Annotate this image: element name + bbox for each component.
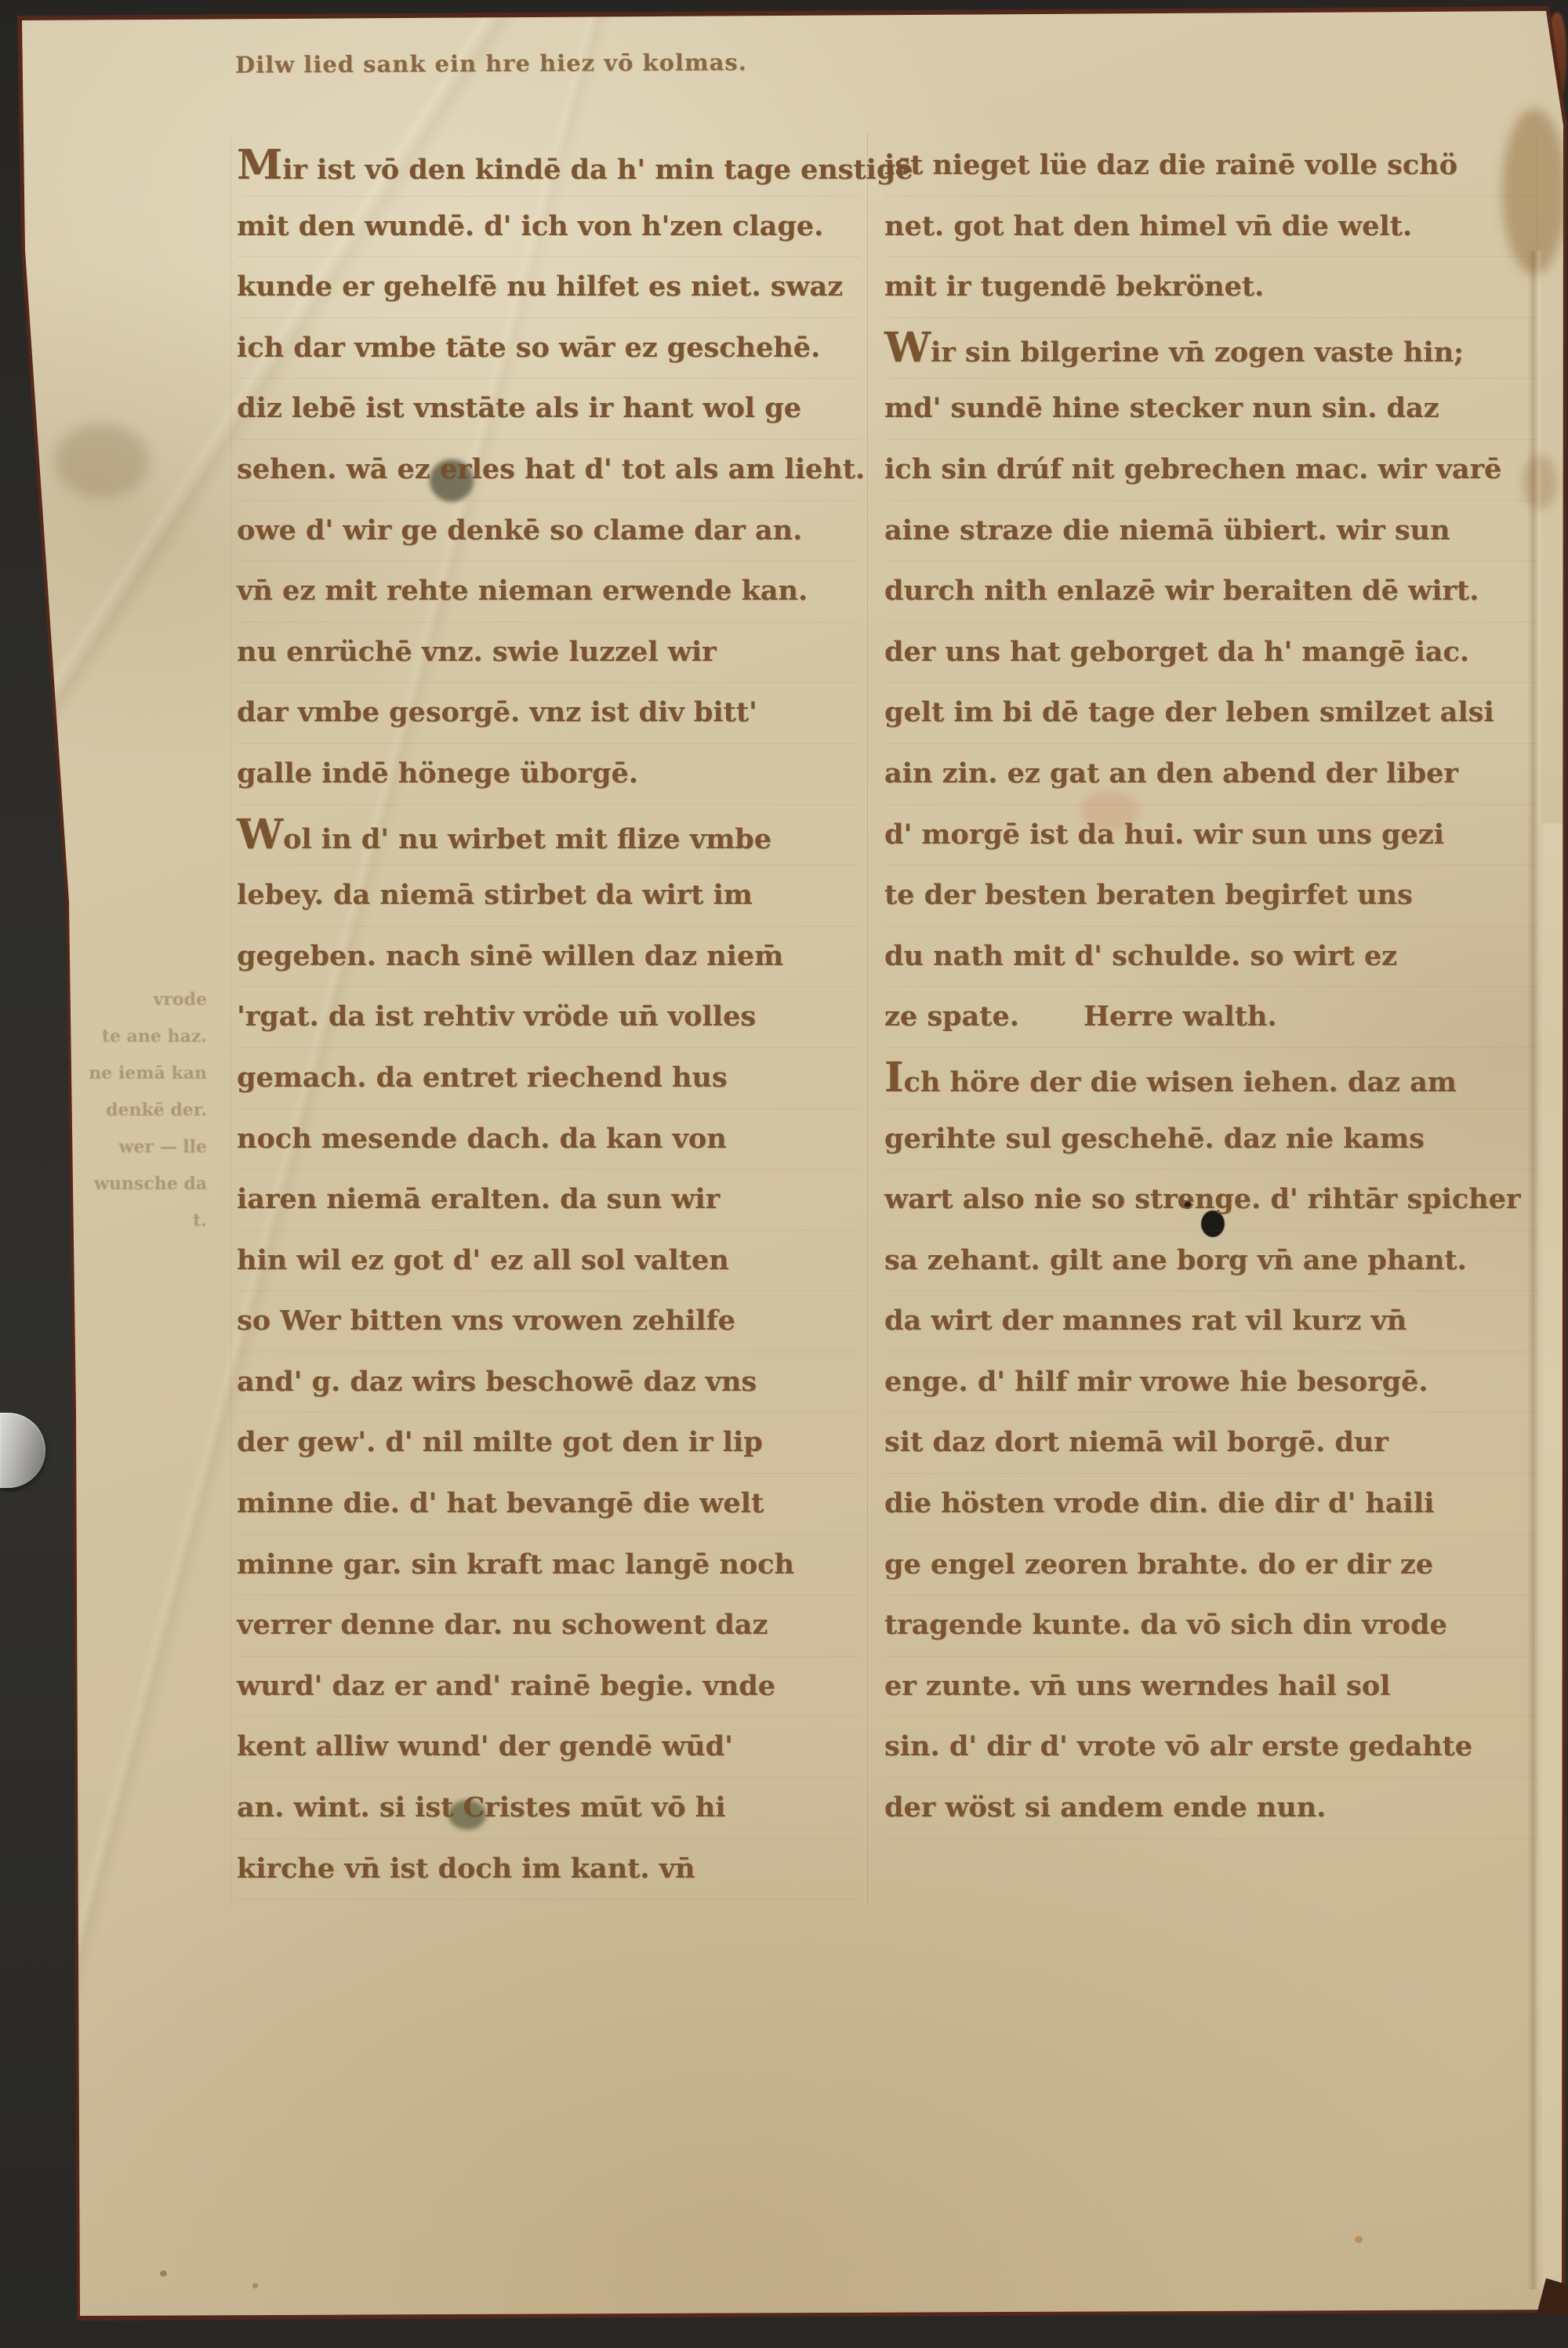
metal-page-clip xyxy=(0,1413,45,1488)
scan-backdrop: Dilw lied sank ein hre hiez vō kolmas. v… xyxy=(0,0,1568,2348)
edge-vignette xyxy=(0,0,1568,2348)
parchment-page: Dilw lied sank ein hre hiez vō kolmas. v… xyxy=(0,0,1568,2348)
